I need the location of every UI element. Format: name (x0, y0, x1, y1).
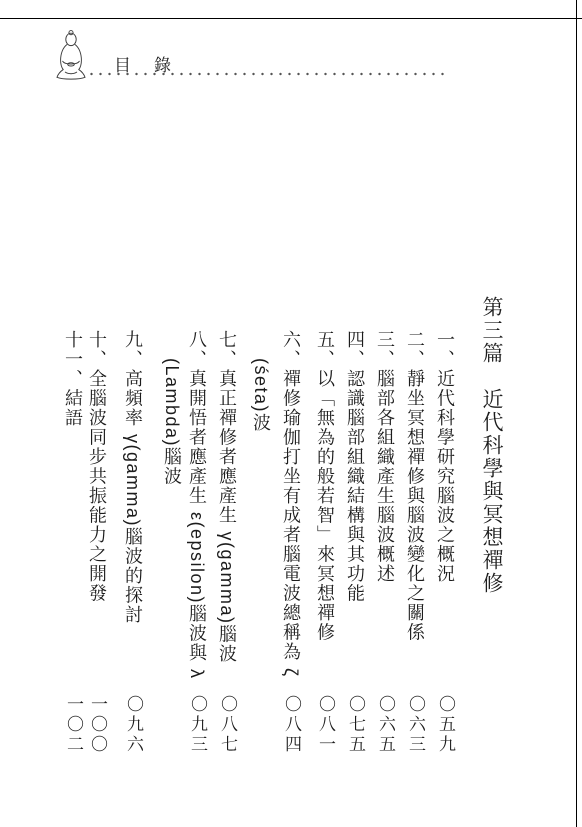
toc-entry-page: 〇六五 (374, 695, 396, 755)
toc-entry-title: 九、高頻率 γ(gamma)腦波的探討 (122, 330, 144, 625)
toc-entry-page: 〇九三 (186, 695, 208, 755)
toc-entry-title: 七、真正禪修者應產生 γ(gamma)腦波 (216, 330, 238, 664)
toc-entry: 七、真正禪修者應產生 γ(gamma)腦波 〇八七 (216, 296, 238, 755)
toc-entry: 三、腦部各組織產生腦波概述 〇六五 (374, 296, 396, 755)
toc-entry-title: 十一、結語 (62, 330, 84, 428)
toc-entry-title: 一、近代科學研究腦波之概況 (434, 330, 456, 584)
toc-entry: 六、禪修瑜伽打坐有成者腦電波總稱為 ζ 〇八四 (280, 296, 302, 755)
toc-entry-title: 八、真開悟者應產生 ε(epsilon)腦波與 λ (186, 330, 208, 680)
toc-entry: 五、以「無為的般若智」來冥想禪修 〇八一 (314, 296, 336, 755)
toc-entry-page: 〇七五 (344, 695, 366, 755)
toc-entry: 十一、結語 一〇二 (62, 296, 84, 755)
toc-entry: 八、真開悟者應產生 ε(epsilon)腦波與 λ 〇九三 (186, 296, 208, 755)
toc-entry-page: 〇八七 (216, 695, 238, 755)
toc-entry: 二、靜坐冥想禪修與腦波變化之關係 〇六三 (404, 296, 426, 755)
toc-entry-page: 〇六三 (404, 695, 426, 755)
toc-entry: 一、近代科學研究腦波之概況 〇五九 (434, 296, 456, 755)
chapter-heading: 第三篇 近代科學與冥想禪修 (478, 296, 504, 755)
toc-entry-page: 〇八一 (314, 695, 336, 755)
toc-entry-title: 二、靜坐冥想禪修與腦波變化之關係 (404, 330, 426, 642)
right-rule (576, 0, 577, 827)
toc-entry-page: 〇九六 (122, 695, 144, 755)
toc-entry-title: 三、腦部各組織產生腦波概述 (374, 330, 396, 584)
toc-body: 第三篇 近代科學與冥想禪修 一、近代科學研究腦波之概況 〇五九 二、靜坐冥想禪修… (62, 296, 504, 755)
toc-entry-title: 五、以「無為的般若智」來冥想禪修 (314, 330, 336, 642)
book-toc-page: 目 錄 第三篇 近代科學與冥想禪修 一、近代科學研究腦波之概況 〇五九 二、靜坐… (0, 0, 582, 827)
toc-entry-title: 十、全腦波同步共振能力之開發 (86, 330, 108, 603)
toc-entry-page: 一〇二 (62, 695, 84, 755)
toc-entry-page: 一〇〇 (86, 695, 108, 755)
toc-entry-continuation: (Lambda)腦波 (161, 358, 183, 755)
buddha-icon (55, 29, 87, 81)
toc-entry-title: 四、認識腦部組織結構與其功能 (344, 330, 366, 603)
toc-entry-page: 〇五九 (434, 695, 456, 755)
dotted-divider (90, 72, 450, 76)
toc-entry-title: 六、禪修瑜伽打坐有成者腦電波總稱為 ζ (280, 330, 302, 677)
toc-entry: 四、認識腦部組織結構與其功能 〇七五 (344, 296, 366, 755)
toc-entry-page: 〇八四 (280, 695, 302, 755)
toc-entry: 十、全腦波同步共振能力之開發 一〇〇 (86, 296, 108, 755)
toc-entry-continuation: (śeta)波 (250, 358, 272, 755)
toc-entry: 九、高頻率 γ(gamma)腦波的探討 〇九六 (122, 296, 144, 755)
top-rule (0, 18, 582, 19)
